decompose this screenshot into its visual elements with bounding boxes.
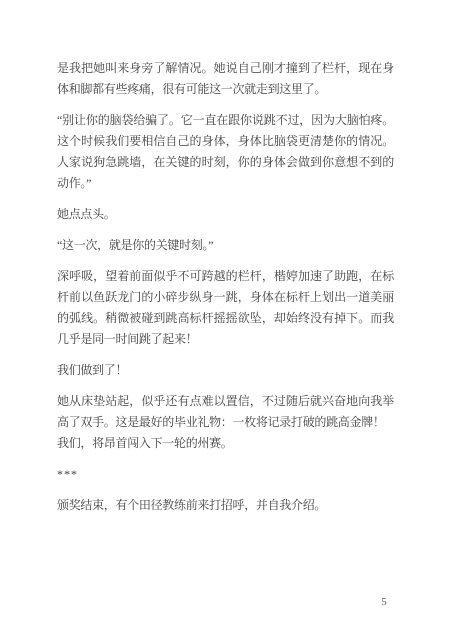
paragraph-2-dialogue: “别让你的脑袋给骗了。它一直在跟你说跳不过，因为大脑怕疼。这个时候我们要相信自己… bbox=[57, 110, 394, 194]
paragraph-5: 深呼吸，望着前面似乎不可跨越的栏杆，楷婷加速了助跑，在标杆前以鱼跃龙门的小碎步纵… bbox=[57, 266, 394, 350]
paragraph-1: 是我把她叫来身旁了解情况。她说自己刚才撞到了栏杆，现在身体和脚都有些疼痛，很有可… bbox=[57, 58, 394, 100]
paragraph-7: 她从床垫站起，似乎还有点难以置信，不过随后就兴奋地向我举高了双手。这是最好的毕业… bbox=[57, 391, 394, 433]
paragraph-9: 颁奖结束，有个田径教练前来打招呼，并自我介绍。 bbox=[57, 495, 394, 516]
page-text-block: 是我把她叫来身旁了解情况。她说自己刚才撞到了栏杆，现在身体和脚都有些疼痛，很有可… bbox=[57, 58, 394, 526]
paragraph-3: 她点点头。 bbox=[57, 204, 394, 225]
paragraph-6: 我们做到了！ bbox=[57, 360, 394, 381]
page-number: 5 bbox=[376, 596, 392, 609]
paragraph-4-dialogue: “这一次，就是你的关键时刻。” bbox=[57, 235, 394, 256]
section-break-asterisks: *** bbox=[57, 464, 394, 485]
paragraph-8: 我们，将昂首闯入下一轮的州赛。 bbox=[57, 433, 394, 454]
book-page: 是我把她叫来身旁了解情况。她说自己刚才撞到了栏杆，现在身体和脚都有些疼痛，很有可… bbox=[0, 0, 450, 640]
